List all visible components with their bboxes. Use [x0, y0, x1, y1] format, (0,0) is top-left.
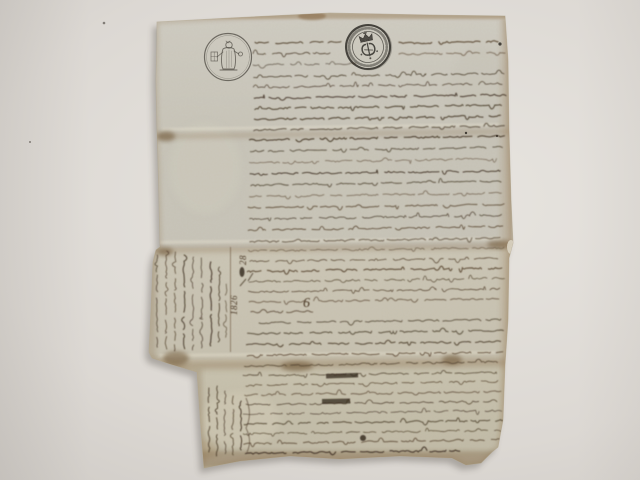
- ink-smudge: [322, 399, 350, 404]
- photo-background: 28 1826 6: [0, 0, 640, 480]
- ink-blob: [360, 435, 366, 441]
- ink-speck: [465, 132, 467, 134]
- dust-speck: [103, 22, 106, 25]
- ink-blob: [240, 267, 245, 277]
- paper-sheet: [145, 8, 525, 476]
- margin-number-28: 28: [238, 255, 248, 265]
- dust-speck: [29, 141, 31, 143]
- ink-speck: [498, 42, 501, 45]
- manuscript-photo: 28 1826 6: [0, 0, 640, 480]
- background-specks: [29, 22, 105, 143]
- inline-numeral-6: 6: [303, 296, 310, 311]
